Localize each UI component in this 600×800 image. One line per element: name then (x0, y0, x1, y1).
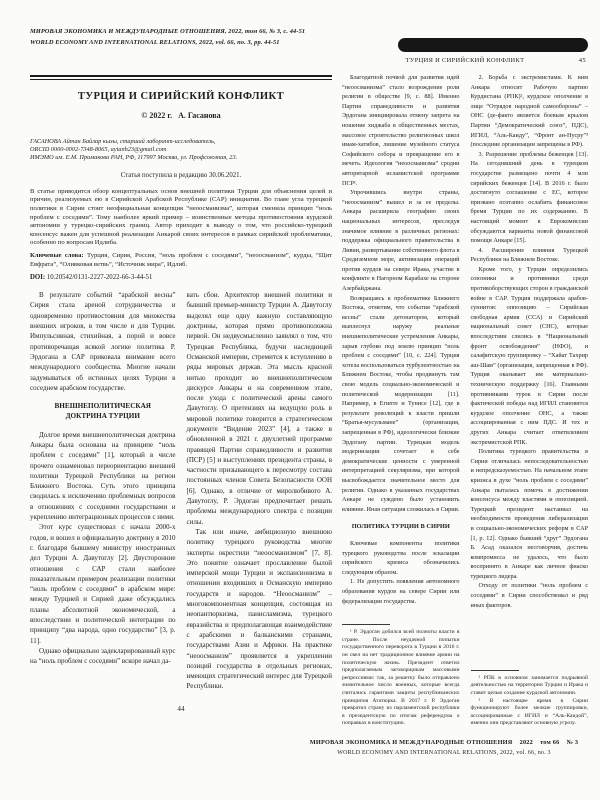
footer-journal-ru: МИРОВАЯ ЭКОНОМИКА И МЕЖДУНАРОДНЫЕ ОТНОШЕ… (298, 737, 590, 748)
body-paragraph: Этот курс существовал с начала 2000-х го… (30, 522, 176, 646)
body-paragraph: В результате событий “арабской весны” Си… (30, 290, 176, 393)
page-44: МИРОВАЯ ЭКОНОМИКА И МЕЖДУНАРОДНЫЕ ОТНОШЕ… (30, 22, 332, 713)
body-paragraph: 4. Расширение влияния Турецкой Республик… (471, 246, 589, 265)
header-redaction-bar (398, 38, 588, 52)
body-paragraph: Отходу от политики “ноль проблем с сосед… (471, 581, 589, 610)
page-number-44: 44 (30, 705, 332, 713)
footnote-separator-rule (471, 670, 519, 671)
body-paragraph: 3. Разрешение проблемы беженцев [13]. На… (471, 150, 589, 246)
running-head-title: ТУРЦИЯ И СИРИЙСКИЙ КОНФЛИКТ (406, 57, 525, 64)
body-paragraph: Благодатной почвой для развития идей “не… (342, 73, 460, 188)
footnote-block-column-1: ¹ Р. Эрдоган добился всей полноты власти… (342, 616, 460, 728)
author-institute-line: ИМЭМО им. Е.М. Примакова РАН, РФ, 117997… (30, 154, 332, 162)
section-heading-foreign-policy-doctrine: ВНЕШНЕПОЛИТИЧЕСКАЯ ДОКТРИНА ТУРЦИИ (38, 402, 168, 422)
body-paragraph: вать сбои. Архитектор внешней политики и… (187, 290, 333, 527)
section-heading-turkey-policy-syria: ПОЛИТИКА ТУРЦИИ В СИРИИ (348, 522, 454, 532)
article-title: ТУРЦИЯ И СИРИЙСКИЙ КОНФЛИКТ (30, 91, 332, 102)
body-paragraph: Ключевые компоненты политики турецкого р… (342, 539, 460, 577)
footnote-3: ³ В настоящее время в Сирии функционирую… (471, 698, 589, 728)
left-page-column-2: вать сбои. Архитектор внешней политики и… (187, 290, 333, 698)
footnote-2: ² РПК в основном занимается подрывной де… (471, 675, 589, 698)
right-page-columns: Благодатной почвой для развития идей “не… (342, 73, 588, 728)
right-page-column-1: Благодатной почвой для развития идей “не… (342, 73, 460, 728)
footnote-block-column-2: ² РПК в основном занимается подрывной де… (471, 662, 589, 728)
author-orcid-email-line: ORCID 0000-0002-7348-8065, aytanh23@gmai… (30, 146, 332, 154)
copyright-author-line: © 2022 г. А. Гасанова (30, 111, 332, 120)
body-paragraph: 2. Борьба с экстремистами. К ним Анкара … (471, 73, 589, 150)
journal-header-line-ru: МИРОВАЯ ЭКОНОМИКА И МЕЖДУНАРОДНЫЕ ОТНОШЕ… (30, 26, 332, 37)
body-paragraph: Упрочившись внутри страны, “неоосманизм”… (342, 188, 460, 294)
doi-label: DOI: (30, 274, 45, 281)
footer-journal-en: WORLD ECONOMY AND INTERNATIONAL RELATION… (298, 748, 590, 758)
left-page-columns: В результате событий “арабской весны” Си… (30, 290, 332, 698)
footnote-separator-rule (342, 624, 390, 625)
journal-header-line-en: WORLD ECONOMY AND INTERNATIONAL RELATION… (30, 37, 332, 48)
page-number-45: 45 (579, 57, 586, 64)
body-paragraph: Однако официально задекларированный курс… (30, 646, 176, 667)
page-45: ТУРЦИЯ И СИРИЙСКИЙ КОНФЛИКТ 45 Благодатн… (342, 22, 588, 758)
body-paragraph: Возвращаясь к проблематике Ближнего Вост… (342, 294, 460, 515)
footnote-1: ¹ Р. Эрдоган добился всей полноты власти… (342, 629, 460, 728)
journal-spread: { "journal_header": { "line1": "МИРОВАЯ … (0, 0, 600, 800)
body-paragraph: Так или иначе, амбициозную внешнюю полит… (187, 527, 333, 692)
running-head: ТУРЦИЯ И СИРИЙСКИЙ КОНФЛИКТ 45 (342, 57, 588, 64)
body-paragraph: Политика турецкого правительства в Сирии… (471, 447, 589, 581)
author-affiliation-block: ГАСАНОВА Айтан Байлар кызы, старший лабо… (30, 138, 332, 161)
left-page-column-1: В результате событий “арабской весны” Си… (30, 290, 176, 698)
doi-line: DOI: 10.20542/0131-2227-2022-66-3-44-51 (30, 274, 332, 281)
journal-header: МИРОВАЯ ЭКОНОМИКА И МЕЖДУНАРОДНЫЕ ОТНОШЕ… (30, 26, 332, 48)
received-date-line: Статья поступила в редакцию 30.06.2021. (30, 172, 332, 179)
author-name-line: ГАСАНОВА Айтан Байлар кызы, старший лабо… (30, 138, 332, 146)
right-page-column-2: 2. Борьба с экстремистами. К ним Анкара … (471, 73, 589, 728)
keywords-line: Ключевые слова: Турция, Сирия, Россия, “… (30, 252, 332, 269)
body-paragraph: Долгое время внешнеполитическая доктрина… (30, 430, 176, 523)
page-footer: МИРОВАЯ ЭКОНОМИКА И МЕЖДУНАРОДНЫЕ ОТНОШЕ… (298, 737, 590, 758)
keywords-label: Ключевые слова: (30, 252, 84, 259)
body-paragraph: Кроме того, у Турции определились союзни… (471, 265, 589, 447)
doi-value: 10.20542/0131-2227-2022-66-3-44-51 (45, 274, 152, 281)
abstract-text: В статье приводится обзор концептуальных… (30, 188, 332, 248)
body-paragraph: 1. Не допустить появления автономного об… (342, 577, 460, 606)
header-divider-rule (30, 75, 332, 80)
